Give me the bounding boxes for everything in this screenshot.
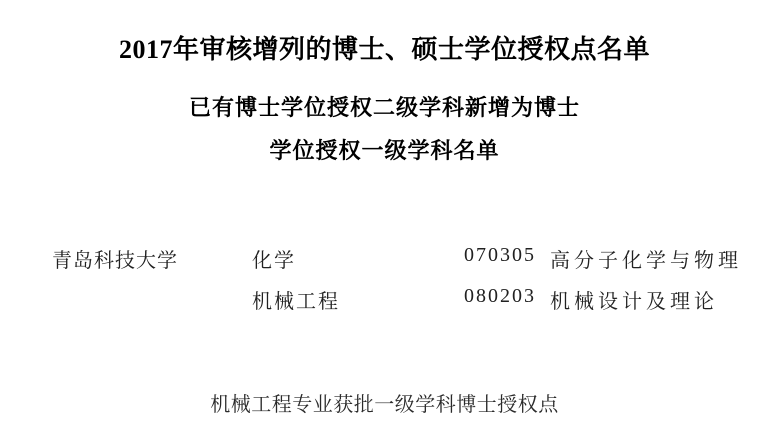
image-caption: 机械工程专业获批一级学科博士授权点 <box>0 388 769 417</box>
code-subject-cell: 070305 高分子化学与物理 <box>464 244 769 273</box>
document-subtitle-line1: 已有博士学位授权二级学科新增为博士 <box>0 91 769 122</box>
subject-code: 080203 <box>464 285 536 308</box>
subject-name: 高分子化学与物理 <box>550 244 742 273</box>
subject-name: 机械设计及理论 <box>550 285 718 314</box>
institution-cell: 青岛科技大学 <box>0 244 252 273</box>
document-subtitle-line2: 学位授权一级学科名单 <box>0 134 769 165</box>
code-subject-cell: 080203 机械设计及理论 <box>464 285 769 314</box>
document-page: 2017年审核增列的博士、硕士学位授权点名单 已有博士学位授权二级学科新增为博士… <box>0 0 769 432</box>
document-title: 2017年审核增列的博士、硕士学位授权点名单 <box>0 29 769 66</box>
table-row: 青岛科技大学 化学 070305 高分子化学与物理 <box>0 244 769 285</box>
discipline-cell: 机械工程 <box>252 285 464 314</box>
subject-code: 070305 <box>464 244 536 267</box>
discipline-cell: 化学 <box>252 244 464 273</box>
degree-authorization-table: 青岛科技大学 化学 070305 高分子化学与物理 机械工程 080203 机械… <box>0 244 769 326</box>
table-row: 机械工程 080203 机械设计及理论 <box>0 285 769 326</box>
